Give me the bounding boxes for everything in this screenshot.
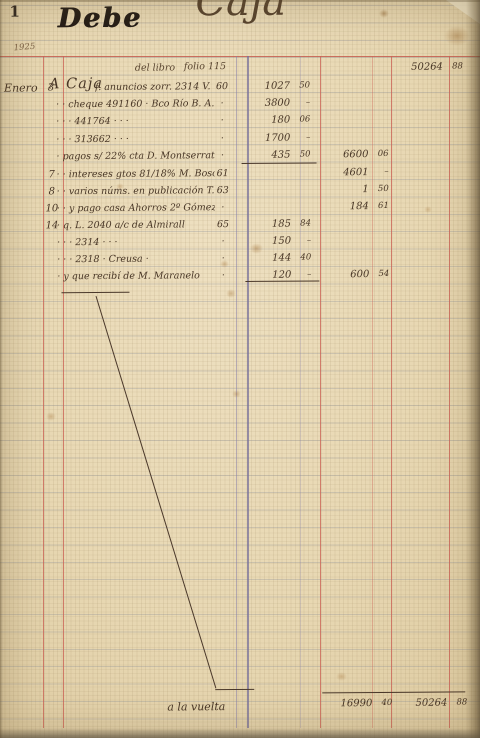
amount-cents: 84 [293,218,311,231]
day-column-rule-left [43,56,44,728]
ledger-row: Enero 3 A Caja f. anuncios zorr. 2314 V.… [0,78,478,97]
page-total-cents: 40 [374,697,392,710]
folio-cell: · [212,149,232,162]
amount-pesetas: 435 [244,149,290,162]
amount-cents: – [292,132,310,145]
ledger-row: · · · 441764 · · · · 18006 [0,112,478,131]
subtotal-pesetas: 184 [317,200,369,213]
amount-pesetas: 1027 [244,80,290,93]
cents-divider-rule [300,56,301,728]
running-total-pesetas: 50264 [396,697,447,710]
amount-cents: – [293,268,311,281]
folio-cell: · [213,269,233,282]
third-cents-rule [449,56,450,728]
carry-in-cents: 88 [445,60,463,73]
ledger-row: · pagos s/ 22% cta D. Montserrat · 43550… [0,147,479,166]
amount-pesetas: 150 [245,235,291,248]
folio-column-rule [236,56,237,728]
page-edge-right [466,0,480,738]
subtotal-cell: 18461 [317,200,389,214]
amount-cents: – [292,97,310,110]
subtotal-cents: – [371,166,389,179]
page-total-pesetas: 16990 [320,697,372,710]
ledger-row: 7 · · intereses gtos 81/18% M. Bosom My … [0,165,479,184]
entry-description: · · · 2318 · Creusa · [57,252,215,266]
amount-cell: 150– [245,235,311,248]
amount-cents: 50 [292,80,310,93]
amount-pesetas: 144 [245,252,291,265]
running-total-cents: 88 [449,696,467,709]
year-note: 1925 [13,41,36,56]
carry-forward-label: a la vuelta [167,700,225,713]
paper-vignette [0,0,480,738]
second-cents-rule [372,56,373,728]
amount-pesetas: 185 [245,218,291,231]
day-cell: 8 [43,185,61,198]
stain [250,243,263,254]
folio-cell: · [212,114,232,127]
ledger-row: 14 · q. L. 2040 a/c de Almirall 65 18584 [0,216,479,235]
month-label: Enero [4,81,42,94]
entry-description: · · varios núms. en publicación T. Rózas [57,184,215,198]
cancellation-stroke [96,296,217,688]
carry-in-pesetas: 50264 [392,61,443,74]
ledger-row: · · cheque 491160 · Bco Río B. A. · 3800… [0,95,478,114]
stain [226,289,236,298]
folio-cell: · [213,201,233,214]
amount-pesetas: 120 [245,269,291,282]
folio-cell: 60 [212,80,232,93]
day-cell: 10 [43,202,61,215]
total-rule [322,691,465,693]
subtotal-pesetas: 4601 [317,166,369,179]
entry-description: f. anuncios zorr. 2314 V. Valenzuela L. [95,80,214,94]
page-total: 16990 40 [320,697,392,711]
amount-cents: 06 [292,114,310,127]
account-ref: A Caja [49,78,103,91]
subtotal-cell: 150 [317,183,389,197]
entry-description: · · · 441764 · · · [56,114,214,128]
second-column-rule [320,56,321,728]
amount-column-rule [247,56,249,728]
ledger-row: · y que recibí de M. Maranelo · 120– 600… [0,267,479,286]
sum-underline [242,162,317,164]
ledger-row: 10 · · y pago casa Ahorros 2º Gómez S. ·… [0,199,479,218]
stain [424,206,432,213]
day-column-rule-right [63,56,64,728]
stain [336,672,347,681]
entry-description: · pagos s/ 22% cta D. Montserrat [56,149,214,163]
ledger-row: · · · 313662 · · · · 1700– [0,130,478,149]
running-total: 50264 88 [396,696,467,709]
closing-line [61,292,129,293]
folio-cell: · [213,235,233,248]
folio-cell: 61 [213,167,233,180]
folio-cell: · [213,252,233,265]
page-edge-left [0,0,3,738]
ledger-page: 1 Debe Caja 1925 del libro folio 115 502… [0,0,480,738]
page-edge-top [0,0,480,2]
folio-cell: 65 [213,218,233,231]
header-rule [0,56,480,57]
subheader-folio: folio 115 [184,60,226,73]
day-cell: 3 [42,81,60,94]
folio-cell: · [212,97,232,110]
subtotal-cents: 06 [370,148,388,161]
entry-description: · · y pago casa Ahorros 2º Gómez S. [57,201,215,215]
stain [46,412,56,421]
entry-description: · · · 313662 · · · [56,132,214,146]
subtotal-cell: 60054 [317,268,389,282]
amount-cell: 14440 [245,252,311,265]
entry-description: · y que recibí de M. Maranelo [57,269,215,283]
ledger-row: · · · 2318 · Creusa · · 14440 [0,250,479,269]
amount-pesetas: 1700 [244,132,290,145]
amount-pesetas: 180 [244,114,290,127]
subtotal-pesetas: 6600 [316,148,368,161]
day-cell: 7 [43,168,61,181]
subtotal-cents: 50 [371,183,389,196]
stain [220,260,229,268]
stain [116,183,124,190]
day-cell: 14 [43,219,61,232]
subtotal-cents: 54 [371,268,389,281]
entry-description: · · · 2314 · · · [57,235,215,249]
subtotal-cents: 61 [371,200,389,213]
entry-description: · q. L. 2040 a/c de Almirall [57,218,215,232]
amount-pesetas: 3800 [244,97,290,110]
amount-cell: 120– [245,268,311,281]
amount-cents: 40 [293,252,311,265]
ledger-row: · · · 2314 · · · · 150– [0,233,479,252]
amount-cents: – [293,235,311,248]
third-column-rule [391,56,392,728]
subheader-book: del libro [135,61,175,74]
entry-description: · · intereses gtos 81/18% M. Bosom My [57,167,215,181]
subtotal-cell: 660006 [316,148,388,162]
entry-description: · · cheque 491160 · Bco Río B. A. [56,97,214,111]
folio-cell: · [212,132,232,145]
sum-underline [245,280,319,282]
amount-cents: 50 [292,149,310,162]
debit-heading: Debe [58,12,143,26]
amount-cell: 18584 [245,218,311,231]
subtotal-pesetas: 600 [317,268,369,281]
stain [379,9,389,18]
folio-cell: 63 [213,184,233,197]
ledger-row: 8 · · varios núms. en publicación T. Róz… [0,182,479,201]
page-edge-bottom [0,728,480,738]
subtotal-cell: 4601– [317,166,389,180]
page-number: 1 [9,3,20,21]
carry-in-amount: 50264 88 [392,60,463,73]
subtotal-pesetas: 1 [317,183,369,196]
feint-lines [0,5,480,731]
quadrille-grid [0,0,480,738]
